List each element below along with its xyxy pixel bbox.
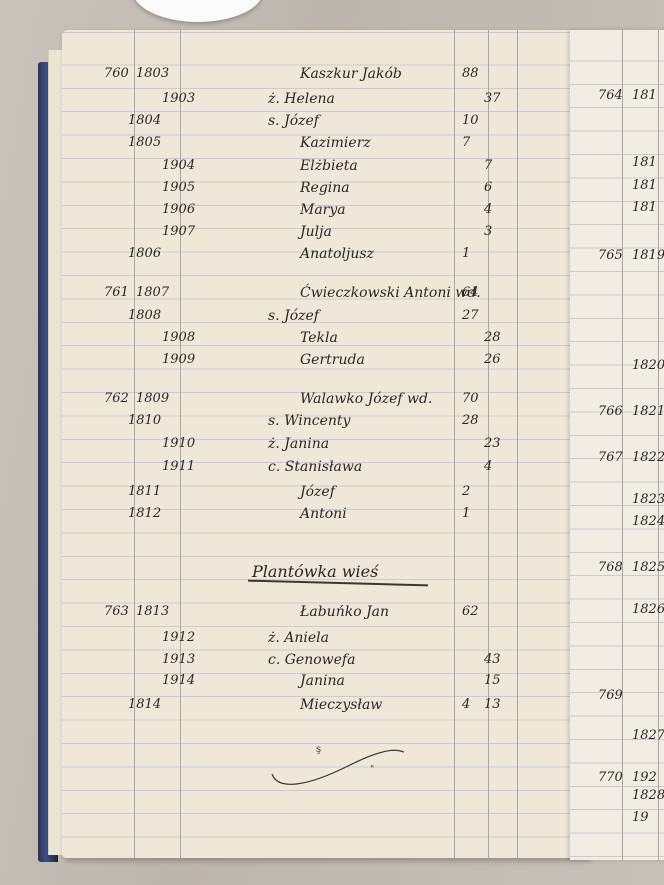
entry-number: 1819 [632,248,664,263]
person-name: Marya [300,202,346,218]
entry-number: 181 [632,178,657,193]
female-entry-number: 1903 [162,91,195,106]
entry-number: 1820 [632,358,664,373]
person-name: Gertruda [300,352,365,368]
person-name: Elżbieta [300,158,358,174]
person-name: ż. Helena [268,91,335,107]
column-rule [622,30,623,860]
svg-text:": " [370,765,374,775]
house-number: 768 [598,560,623,575]
female-entry-number: 1908 [162,330,195,345]
person-name: Regina [300,180,350,196]
person-name: Kazimierz [300,135,371,151]
person-name: Kaszkur Jakób [300,66,402,82]
male-entry-number: 1806 [128,246,161,261]
entry-number: 181 [632,200,657,215]
male-entry-number: 1812 [128,506,161,521]
house-number: 761 [104,285,129,300]
column-rule [134,30,135,858]
entry-number: 1827 [632,728,664,743]
male-entry-number: 1808 [128,308,161,323]
entry-number: 192 [632,770,657,785]
entry-number: 19 [632,810,649,825]
female-entry-number: 1905 [162,180,195,195]
person-name: Ćwieczkowski Antoni wd. [300,285,481,301]
male-age: 88 [462,66,479,81]
entry-number: 1825 [632,560,664,575]
male-age: 2 [462,484,470,499]
female-age: 23 [484,436,501,451]
female-age: 7 [484,158,492,173]
entry-number: 181 [632,155,657,170]
closing-flourish: ş " [268,746,408,796]
male-entry-number: 1809 [136,391,169,406]
house-number: 769 [598,688,623,703]
male-age: 4 [462,697,470,712]
svg-text:ş: ş [316,746,321,755]
male-entry-number: 1811 [128,484,161,499]
female-age: 4 [484,459,492,474]
column-rule [517,30,518,858]
male-age: 1 [462,246,470,261]
male-age: 27 [462,308,479,323]
male-age: 62 [462,604,479,619]
person-name: s. Józef [268,113,319,129]
male-entry-number: 1807 [136,285,169,300]
person-name: s. Józef [268,308,319,324]
male-entry-number: 1803 [136,66,169,81]
house-number: 764 [598,88,623,103]
female-entry-number: 1914 [162,673,195,688]
male-entry-number: 1813 [136,604,169,619]
house-number: 762 [104,391,129,406]
female-age: 3 [484,224,492,239]
entry-number: 181 [632,88,657,103]
female-age: 28 [484,330,501,345]
person-name: c. Genowefa [268,652,355,668]
female-entry-number: 1907 [162,224,195,239]
ring-light [133,0,263,22]
male-age: 64 [462,285,479,300]
house-number: 767 [598,450,623,465]
person-name: Anatoljusz [300,246,374,262]
female-age: 37 [484,91,501,106]
male-age: 7 [462,135,470,150]
person-name: Walawko Józef wd. [300,391,432,407]
entry-number: 1823 [632,492,664,507]
entry-number: 1821 [632,404,664,419]
female-entry-number: 1906 [162,202,195,217]
male-age: 70 [462,391,479,406]
female-entry-number: 1911 [162,459,195,474]
person-name: Józef [300,484,335,500]
female-entry-number: 1912 [162,630,195,645]
person-name: s. Wincenty [268,413,350,429]
person-name: Antoni [300,506,347,522]
male-age: 1 [462,506,470,521]
female-age: 15 [484,673,501,688]
male-age: 10 [462,113,479,128]
male-entry-number: 1804 [128,113,161,128]
female-age: 43 [484,652,501,667]
female-entry-number: 1913 [162,652,195,667]
house-number: 766 [598,404,623,419]
person-name: Janina [300,673,345,689]
male-age: 28 [462,413,479,428]
person-name: c. Stanisława [268,459,362,475]
female-entry-number: 1910 [162,436,195,451]
male-entry-number: 1805 [128,135,161,150]
male-entry-number: 1814 [128,697,161,712]
entry-number: 1826 [632,602,664,617]
entry-number: 1824 [632,514,664,529]
person-name: Łabuńko Jan [300,604,389,620]
person-name: ż. Aniela [268,630,329,646]
person-name: Tekla [300,330,338,346]
house-number: 770 [598,770,623,785]
female-age: 13 [484,697,501,712]
male-entry-number: 1810 [128,413,161,428]
person-name: ż. Janina [268,436,329,452]
female-age: 26 [484,352,501,367]
house-number: 760 [104,66,129,81]
female-entry-number: 1904 [162,158,195,173]
column-rule [454,30,455,858]
house-number: 763 [104,604,129,619]
person-name: Mieczysław [300,697,382,713]
entry-number: 1822 [632,450,664,465]
house-number: 765 [598,248,623,263]
entry-number: 1828 [632,788,664,803]
female-entry-number: 1909 [162,352,195,367]
person-name: Julja [300,224,332,240]
female-age: 4 [484,202,492,217]
section-heading: Plantówka wieś [252,562,378,581]
female-age: 6 [484,180,492,195]
